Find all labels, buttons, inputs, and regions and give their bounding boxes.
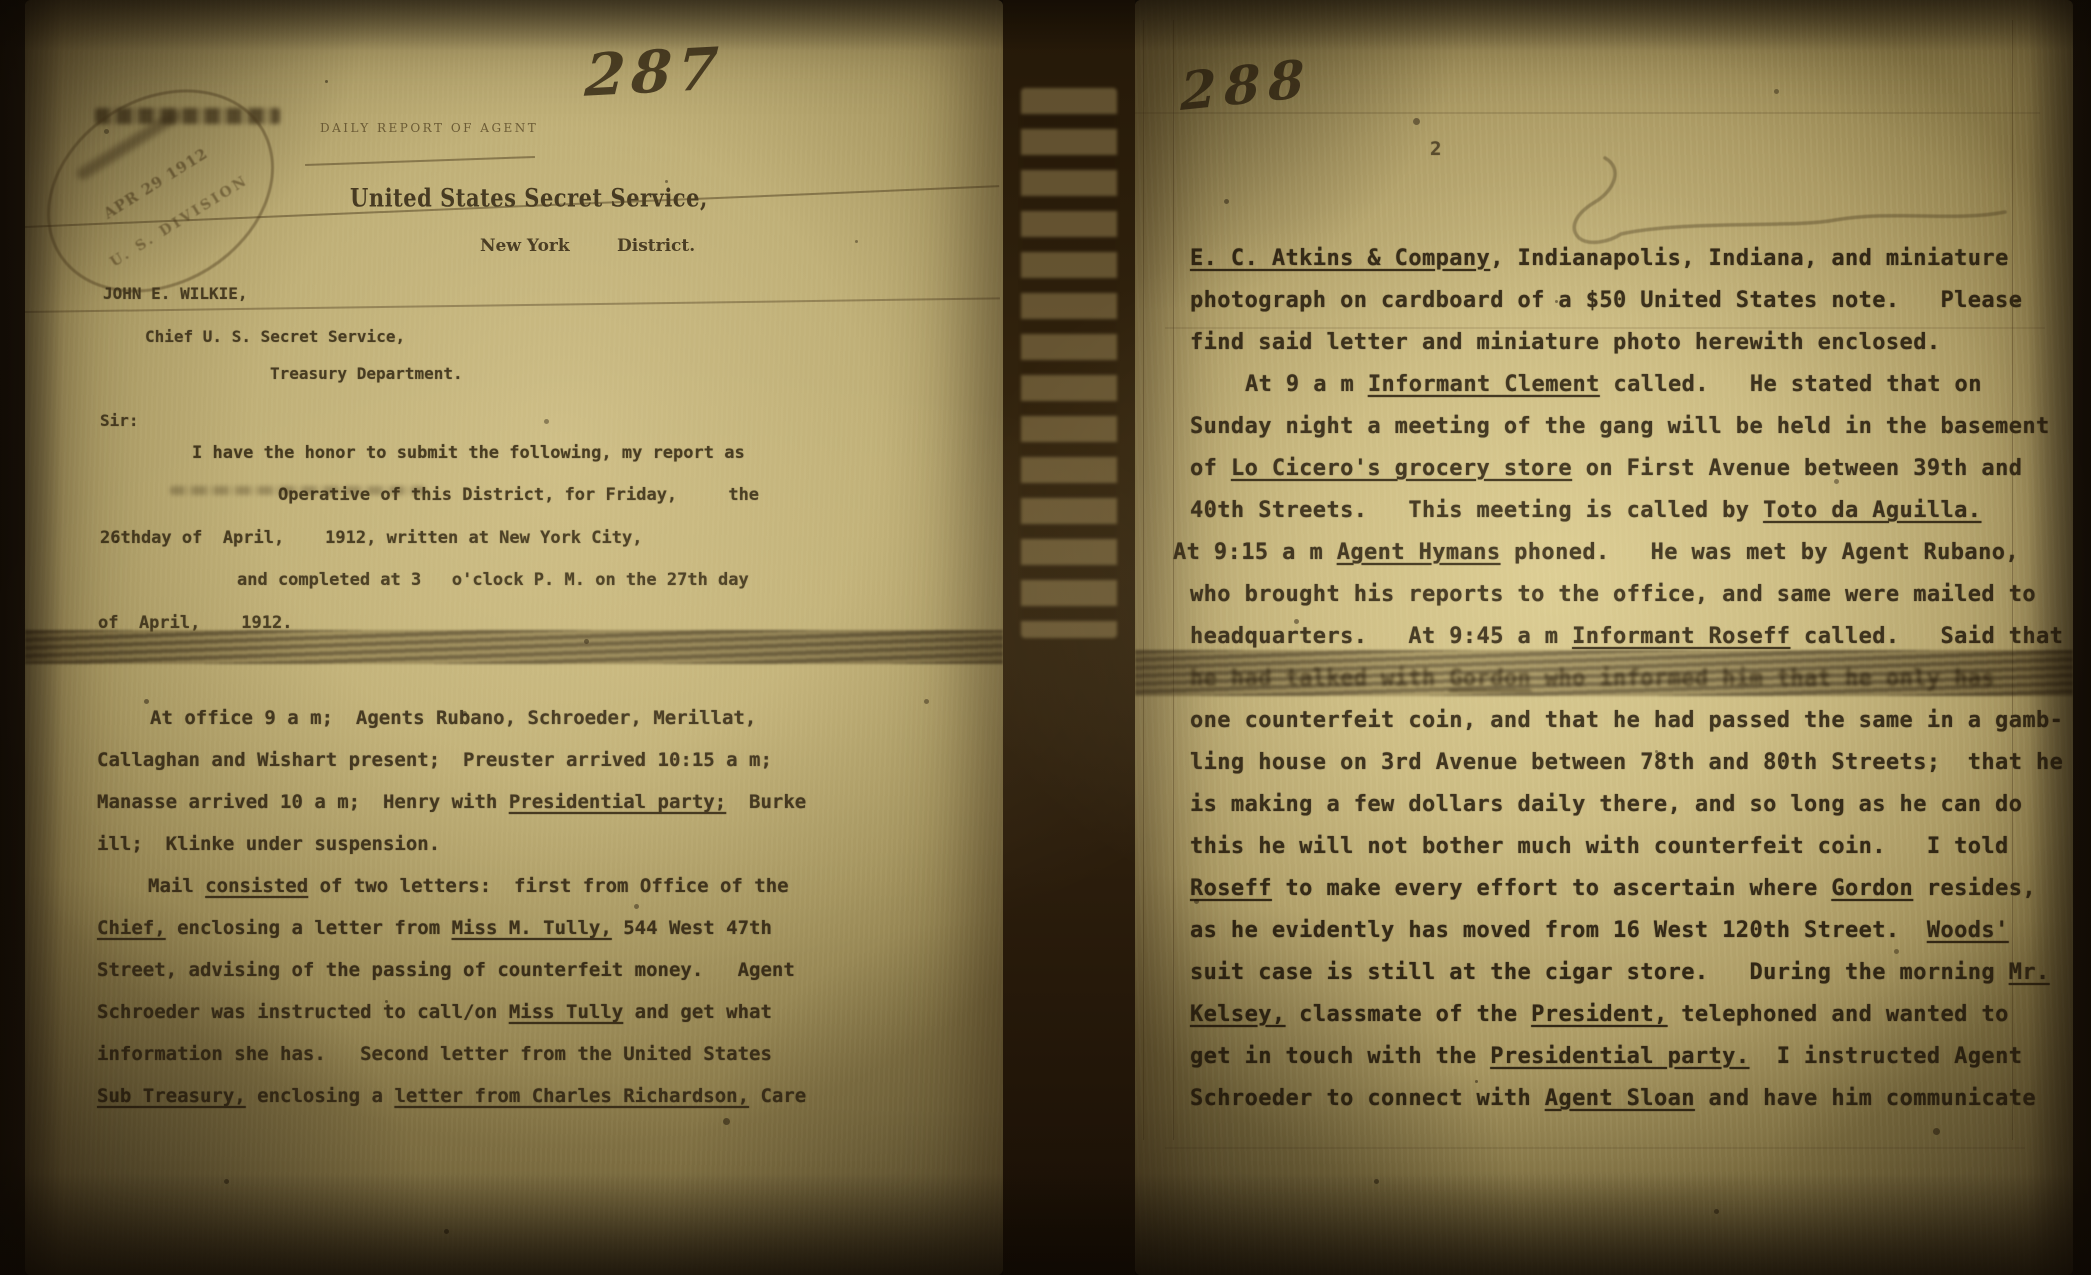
- scan-rule: [1165, 327, 2045, 329]
- margin-line: [1143, 20, 1144, 1140]
- film-sprocket-band: [1021, 88, 1117, 638]
- report-line: information she has. Second letter from …: [97, 1043, 772, 1065]
- handwritten-squiggle: [1535, 150, 2015, 250]
- report-line: this he will not bother much with counte…: [1190, 834, 2009, 859]
- struck-out-smudge: [170, 486, 425, 495]
- report-line: I have the honor to submit the following…: [192, 443, 745, 463]
- agency-title: United States Secret Service,: [350, 182, 708, 213]
- report-line: Street, advising of the passing of count…: [97, 959, 795, 981]
- left-page: DAILY REPORT OF AGENT United States Secr…: [25, 0, 1003, 1275]
- report-line: Schroeder was instructed to call/on Miss…: [97, 1001, 772, 1023]
- report-line: Callaghan and Wishart present; Preuster …: [97, 749, 772, 771]
- handwritten-page-number-287: 287: [583, 34, 725, 110]
- microfilm-frame: DAILY REPORT OF AGENT United States Secr…: [0, 0, 2091, 1275]
- scan-rule: [1165, 1147, 2025, 1149]
- report-line: get in touch with the Presidential party…: [1190, 1044, 2022, 1069]
- form-title-rule: [305, 156, 535, 166]
- report-line: who brought his reports to the office, a…: [1190, 582, 2036, 607]
- report-line: suit case is still at the cigar store. D…: [1190, 960, 2050, 985]
- report-line: of Lo Cicero's grocery store on First Av…: [1190, 456, 2022, 481]
- report-line: Sunday night a meeting of the gang will …: [1190, 414, 2050, 439]
- sheet-number: 2: [1430, 138, 1441, 160]
- form-title: DAILY REPORT OF AGENT: [320, 121, 538, 135]
- salutation: Sir:: [100, 411, 139, 430]
- report-line: Sub Treasury, enclosing a letter from Ch…: [97, 1085, 806, 1107]
- dust-specks: [1135, 0, 1138, 3]
- report-line: At 9 a m Informant Clement called. He st…: [1245, 372, 1982, 397]
- addressee-department: Treasury Department.: [270, 364, 463, 383]
- margin-line: [1173, 20, 1174, 1140]
- film-damage-band-right: [1135, 650, 2073, 696]
- report-line: headquarters. At 9:45 a m Informant Rose…: [1190, 624, 2063, 649]
- addressee-title: Chief U. S. Secret Service,: [145, 327, 405, 346]
- report-line: E. C. Atkins & Company, Indianapolis, In…: [1190, 246, 2009, 271]
- report-line: find said letter and miniature photo her…: [1190, 330, 1940, 355]
- district-city: New York: [480, 236, 570, 256]
- report-line: Mail consisted of two letters: first fro…: [148, 875, 789, 897]
- report-line: At office 9 a m; Agents Rubano, Schroede…: [150, 707, 756, 729]
- report-line: is making a few dollars daily there, and…: [1190, 792, 2022, 817]
- report-line: one counterfeit coin, and that he had pa…: [1190, 708, 2063, 733]
- report-line: Chief, enclosing a letter from Miss M. T…: [97, 917, 772, 939]
- report-line: Roseff to make every effort to ascertain…: [1190, 876, 2036, 901]
- dust-specks: [25, 0, 28, 3]
- report-line: photograph on cardboard of a $50 United …: [1190, 288, 2022, 313]
- report-line: and completed at 3 o'clock P. M. on the …: [237, 570, 749, 590]
- report-line: 26thday of April, 1912, written at New Y…: [100, 528, 642, 548]
- addressee-name: JOHN E. WILKIE,: [103, 284, 248, 303]
- report-line: Schroeder to connect with Agent Sloan an…: [1190, 1086, 2036, 1111]
- report-line: as he evidently has moved from 16 West 1…: [1190, 918, 2009, 943]
- report-line: ling house on 3rd Avenue between 78th an…: [1190, 750, 2063, 775]
- report-line: ill; Klinke under suspension.: [97, 833, 440, 855]
- report-line: At 9:15 a m Agent Hymans phoned. He was …: [1173, 540, 2019, 565]
- film-damage-band-left: [25, 630, 1003, 664]
- report-line: Manasse arrived 10 a m; Henry with Presi…: [97, 791, 806, 813]
- film-gutter: [1003, 0, 1135, 1275]
- district-label: District.: [617, 236, 695, 256]
- report-line: 40th Streets. This meeting is called by …: [1190, 498, 1981, 523]
- right-page: 288 2 E. C. Atkins & Company, Indianapol…: [1135, 0, 2073, 1275]
- report-line: Kelsey, classmate of the President, tele…: [1190, 1002, 2009, 1027]
